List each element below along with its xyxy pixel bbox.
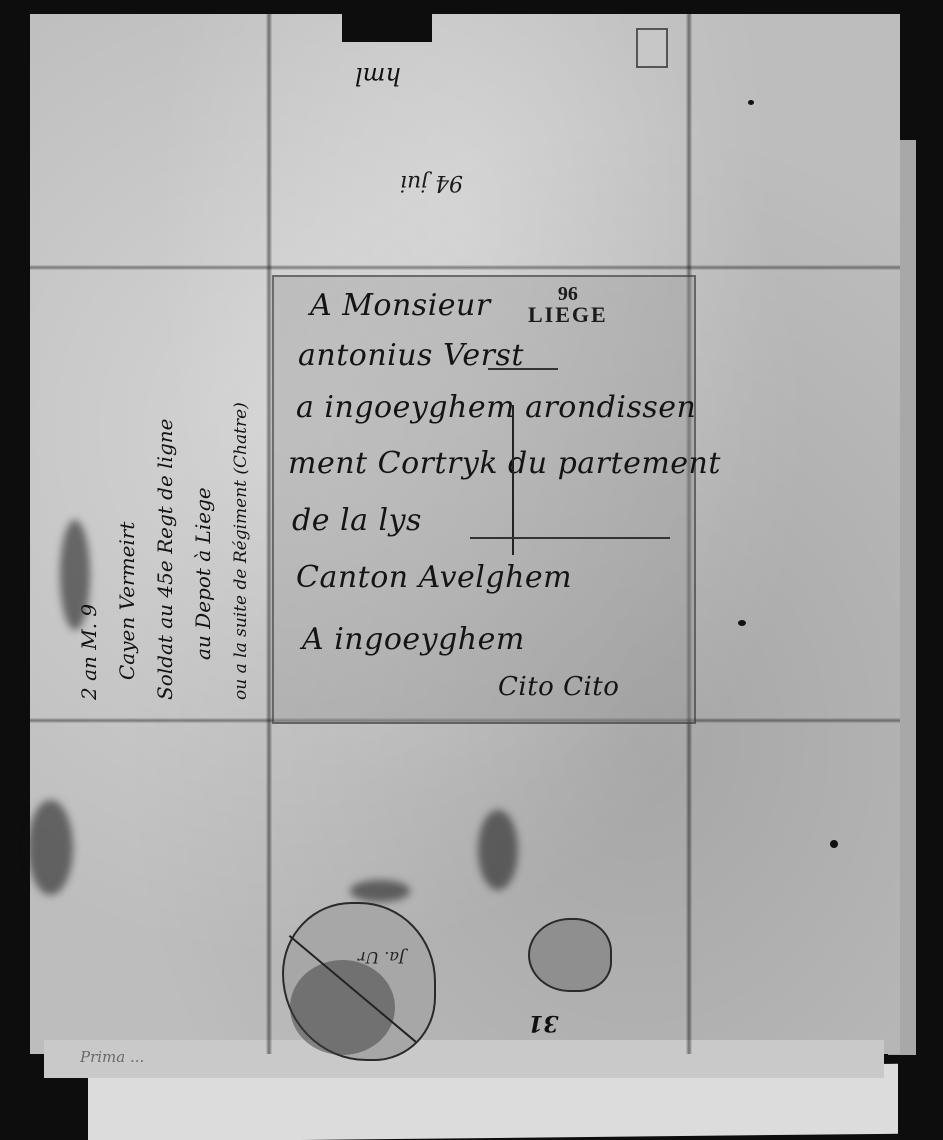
pen-underline (488, 368, 558, 370)
inverted-docket-date: 94 jui (400, 170, 463, 195)
sender-note: 2 an M. 9 Cayen Vermeirt Soldat au 45e R… (70, 402, 260, 700)
ink-stain (28, 800, 73, 895)
address-line-1: A Monsieur (310, 288, 491, 323)
seal-stain (290, 960, 395, 1055)
postmark-town: LIEGE (528, 304, 608, 326)
urgency-note: Cito Cito (498, 672, 619, 702)
sender-note-line-2: Cayen Vermeirt (108, 402, 146, 700)
wax-seal-remnant-right (528, 918, 612, 992)
fold-line-top (30, 265, 900, 270)
bottom-strip-faded-text: Prima ... (80, 1048, 144, 1066)
pen-underline (470, 537, 670, 539)
address-line-4: ment Cortryk du partement (288, 446, 721, 481)
ink-dot (738, 620, 746, 626)
address-line-6: Canton Avelghem (296, 560, 572, 595)
sender-note-line-3: Soldat au 45e Regt de ligne (146, 402, 184, 700)
bottom-fold-strip (44, 1040, 884, 1078)
inverted-fragment-text: hml (355, 62, 401, 90)
sender-note-line-5: ou a la suite de Régiment (Chatre) (222, 402, 260, 700)
postmark-stamp: 96 LIEGE (528, 284, 608, 326)
sender-note-line-4: au Depot à Liege (184, 402, 222, 700)
pen-stroke (512, 405, 514, 555)
ink-stain (478, 810, 518, 890)
seal-fragment-text: Ja. Ur (358, 948, 405, 967)
address-line-5: de la lys (292, 503, 422, 538)
ink-dot (748, 100, 754, 105)
ink-dot (830, 840, 838, 848)
torn-top-notch (342, 0, 432, 42)
address-line-7: A ingoeyghem (302, 622, 525, 657)
paper-tab (636, 28, 668, 68)
sender-note-line-1: 2 an M. 9 (70, 402, 108, 700)
address-line-3: a ingoeyghem arondissen (296, 390, 696, 425)
bottom-docket-number: 31 (528, 1010, 559, 1036)
postmark-number: 96 (528, 284, 608, 304)
ink-stain (350, 880, 410, 902)
